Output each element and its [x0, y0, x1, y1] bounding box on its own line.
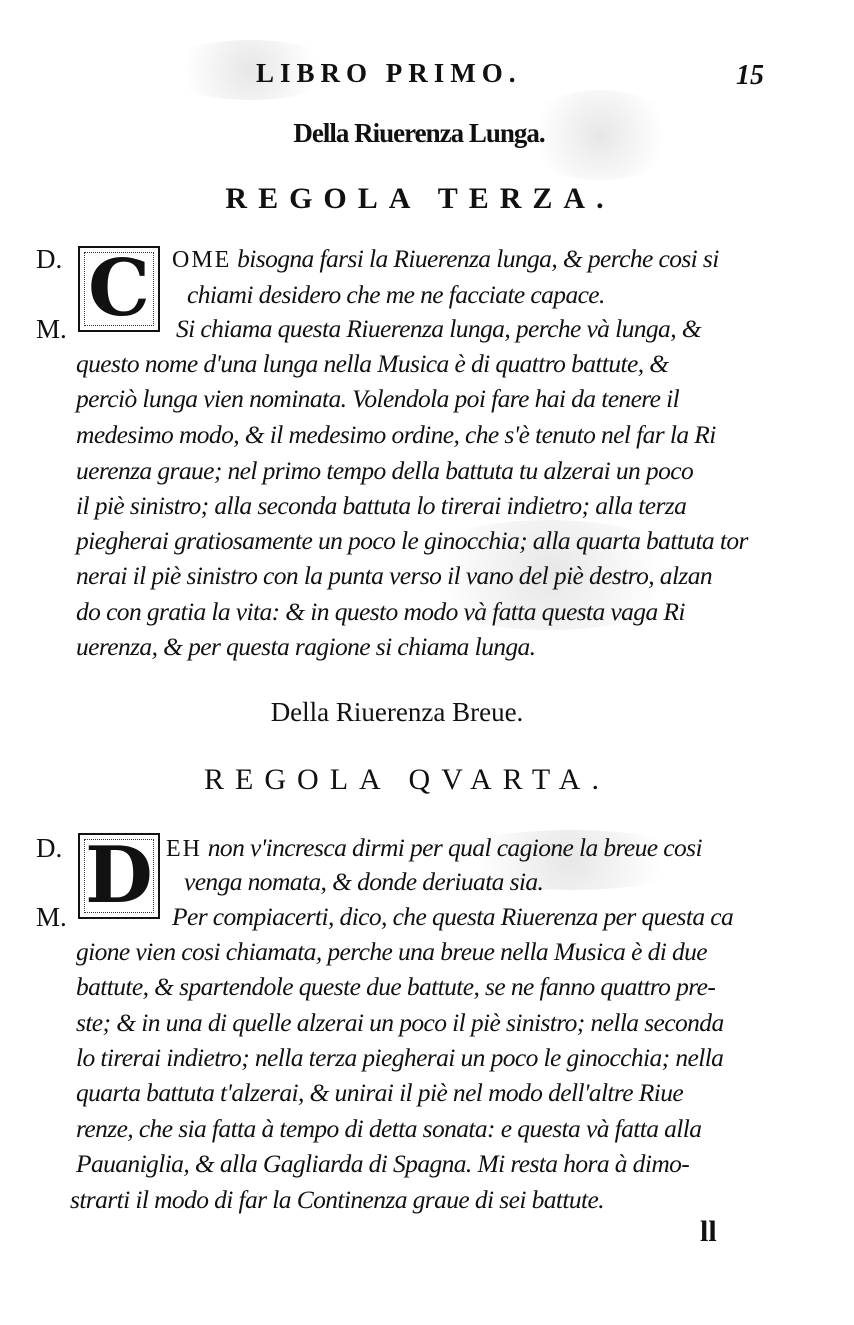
section-subtitle: Della Riuerenza Breue. [0, 697, 824, 728]
speaker-master: M. [36, 902, 67, 933]
text-line: venga nomata, & donde deriuata sia. [184, 867, 543, 897]
section-subtitle: Della Riuerenza Lunga. [0, 118, 846, 149]
text-line: uerenza, & per questa ragione si chiama … [76, 632, 535, 662]
rule-heading: REGOLA QVARTA. [0, 763, 834, 797]
text-line: Per compiacerti, dico, che questa Riuere… [172, 902, 733, 932]
text-line: ste; & in una di quelle alzerai un poco … [76, 1008, 724, 1038]
rule-heading: REGOLA TERZA. [0, 182, 847, 216]
text-line: questo nome d'una lunga nella Musica è d… [76, 349, 669, 379]
initial-letter: D [85, 837, 153, 915]
speaker-disciple: D. [36, 244, 62, 275]
lead-word: OME [172, 247, 231, 273]
text-line: OME bisogna farsi la Riuerenza lunga, & … [172, 244, 719, 274]
text-line: perciò lunga vien nominata. Volendola po… [76, 384, 679, 414]
page-number: 15 [736, 60, 764, 92]
decorated-initial: C [78, 246, 160, 332]
text-line: medesimo modo, & il medesimo ordine, che… [76, 420, 716, 450]
text-line: lo tirerai indietro; nella terza piegher… [76, 1043, 723, 1073]
text-line: strarti il modo di far la Continenza gra… [70, 1185, 604, 1215]
text-line: do con gratia la vita: & in questo modo … [76, 597, 685, 627]
decorated-initial: D [78, 833, 160, 919]
initial-letter: C [88, 250, 150, 328]
running-head: LIBRO PRIMO. 15 [0, 58, 854, 98]
running-title: LIBRO PRIMO. [256, 58, 522, 89]
text-line: Pauaniglia, & alla Gagliarda di Spagna. … [76, 1149, 689, 1179]
text-line: nerai il piè sinistro con la punta verso… [76, 561, 712, 591]
speaker-disciple: D. [36, 833, 62, 864]
text-line: chiami desidero che me ne facciate capac… [187, 280, 605, 310]
text-line: battute, & spartendole queste due battut… [76, 972, 715, 1002]
text-line: quarta battuta t'alzerai, & unirai il pi… [76, 1078, 683, 1108]
speaker-master: M. [36, 314, 67, 345]
text-line: il piè sinistro; alla seconda battuta lo… [76, 491, 686, 521]
lead-word: EH [166, 836, 202, 862]
text-line: uerenza graue; nel primo tempo della bat… [76, 456, 693, 486]
line-text: non v'incresca dirmi per qual cagione la… [208, 833, 702, 862]
text-line: gione vien cosi chiamata, perche una bre… [76, 937, 707, 967]
book-page: LIBRO PRIMO. 15 Della Riuerenza Lunga. R… [0, 0, 854, 1325]
signature-mark: ll [700, 1215, 717, 1249]
text-line: Si chiama questa Riuerenza lunga, perche… [176, 314, 701, 344]
text-line: EH non v'incresca dirmi per qual cagione… [166, 833, 702, 863]
line-text: bisogna farsi la Riuerenza lunga, & perc… [237, 244, 719, 273]
text-line: renze, che sia fatta à tempo di detta so… [76, 1114, 701, 1144]
text-line: piegherai gratiosamente un poco le ginoc… [76, 526, 748, 556]
